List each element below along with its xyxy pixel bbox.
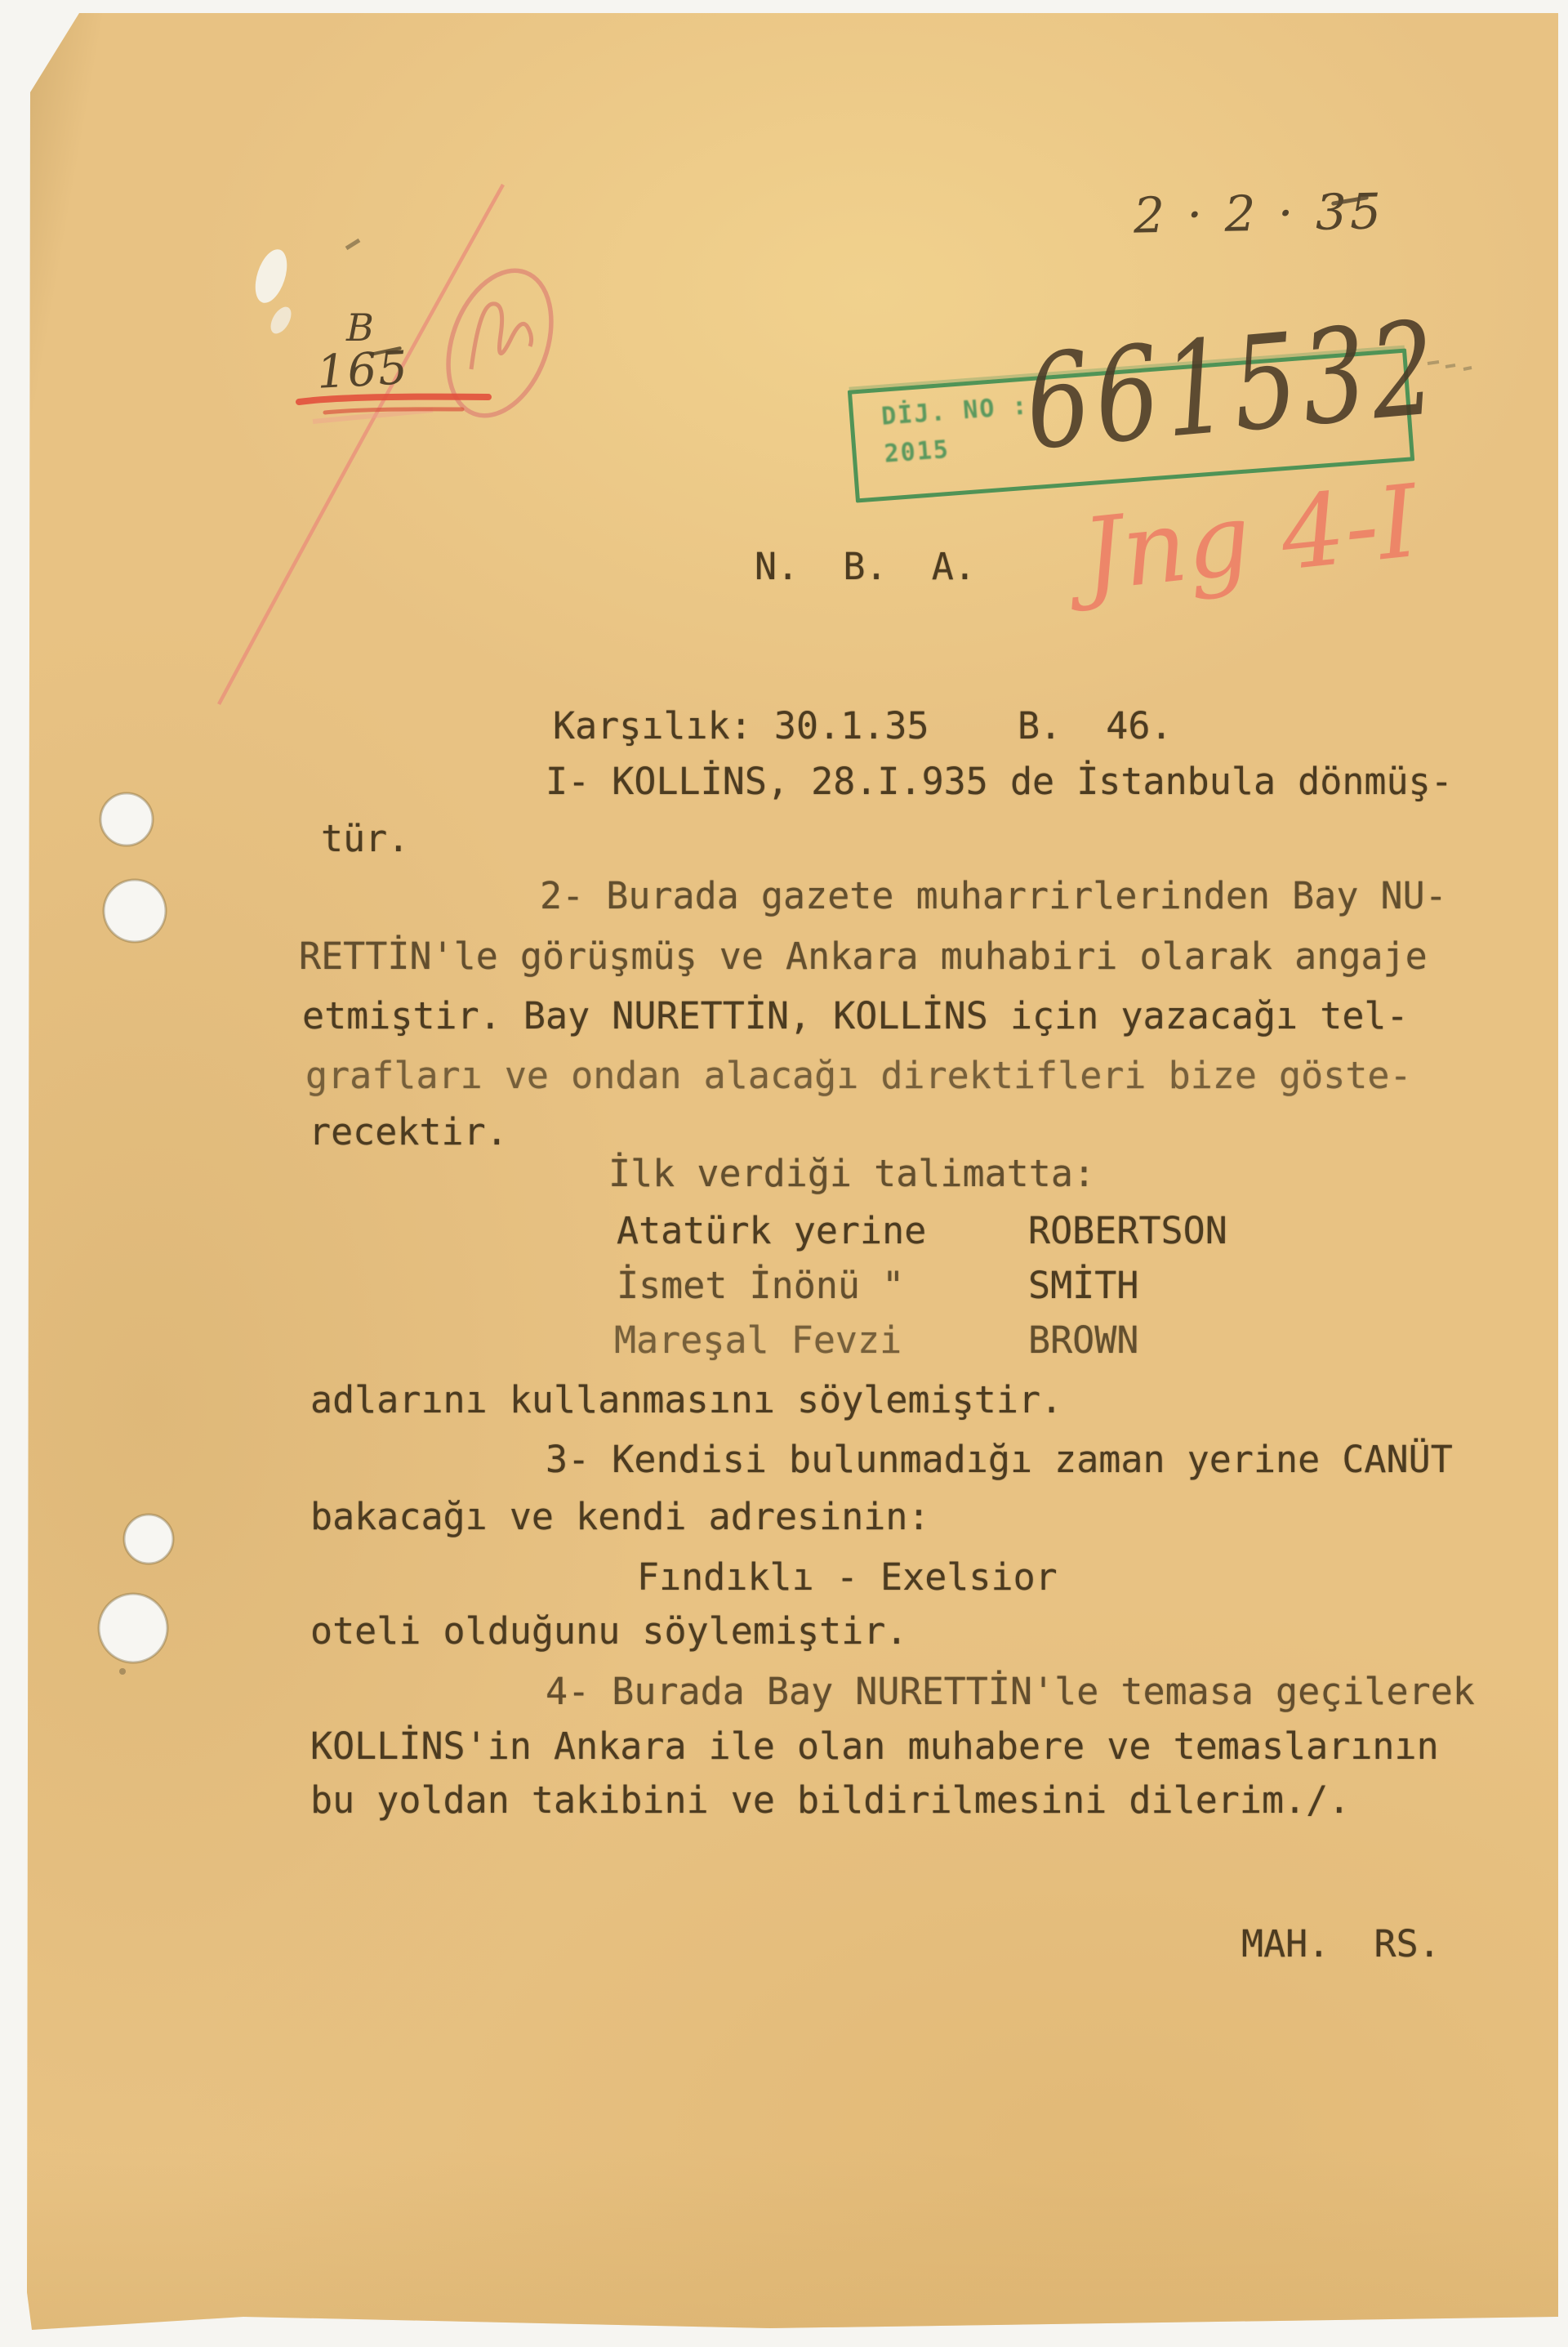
alias-row-right: ROBERTSON	[1028, 1212, 1227, 1249]
punch-hole	[100, 793, 153, 846]
typed-line: 2- Burada gazete muharrirlerinden Bay NU…	[540, 877, 1447, 914]
pencil-speck	[346, 240, 359, 248]
alias-row-right: SMİTH	[1028, 1267, 1138, 1304]
typed-line: recektir.	[309, 1113, 508, 1150]
typed-line: RETTİN'le görüşmüş ve Ankara muhabiri ol…	[299, 938, 1428, 975]
date-annotation: 2 · 2 · 35	[1133, 187, 1384, 240]
scanned-archive-document: { "document": { "header": { "org_code": …	[0, 0, 1568, 2347]
ink-dot	[119, 1668, 126, 1675]
alias-row-left: Atatürk yerine	[617, 1212, 926, 1249]
stamp-year: 2015	[884, 438, 951, 467]
typed-line: tür.	[321, 820, 409, 857]
typed-line: 4- Burada Bay NURETTİN'le temasa geçiler…	[546, 1673, 1475, 1710]
red-diagonal-line	[219, 185, 503, 704]
punch-holes	[99, 793, 173, 1662]
typed-line: I- KOLLİNS, 28.I.935 de İstanbula dönmüş…	[546, 763, 1453, 800]
typed-line: oteli olduğunu söylemiştir.	[310, 1613, 908, 1649]
alias-row-right: BROWN	[1028, 1322, 1138, 1359]
org-code: N. B. A.	[755, 548, 976, 585]
typed-line: Fındıklı - Exelsior	[637, 1559, 1058, 1595]
typed-line: bakacağı ve kendi adresinin:	[310, 1498, 930, 1535]
signature-initials: MAH. RS.	[1241, 1925, 1441, 1962]
paper-damage-spot	[249, 245, 295, 337]
typed-line: KOLLİNS'in Ankara ile olan muhabere ve t…	[310, 1728, 1439, 1765]
registry-number-handwritten: 661532	[1021, 304, 1445, 469]
file-letter-annotation: B	[346, 309, 374, 346]
alias-row-left: Mareşal Fevzi	[614, 1322, 902, 1359]
typed-line: adlarını kullanmasını söylemiştir.	[310, 1381, 1062, 1418]
typed-line: grafları ve ondan alacağı direktifleri b…	[305, 1057, 1412, 1094]
file-number-annotation: 165	[316, 346, 411, 396]
stamp-label: DİJ. NO :	[880, 394, 1029, 429]
typed-line-karsilik: Karşılık: 30.1.35 B. 46.	[553, 707, 1173, 744]
typed-line: 3- Kendisi bulunmadığı zaman yerine CANÜ…	[546, 1441, 1453, 1478]
punch-hole	[99, 1594, 167, 1662]
punch-hole	[124, 1515, 173, 1564]
typed-line: etmiştir. Bay NURETTİN, KOLLİNS için yaz…	[302, 997, 1409, 1034]
punch-hole	[104, 880, 166, 942]
typed-line: İlk verdiği talimatta:	[608, 1155, 1095, 1192]
alias-row-left: İsmet İnönü "	[617, 1267, 904, 1304]
typed-line: bu yoldan takibini ve bildirilmesini dil…	[310, 1782, 1350, 1818]
